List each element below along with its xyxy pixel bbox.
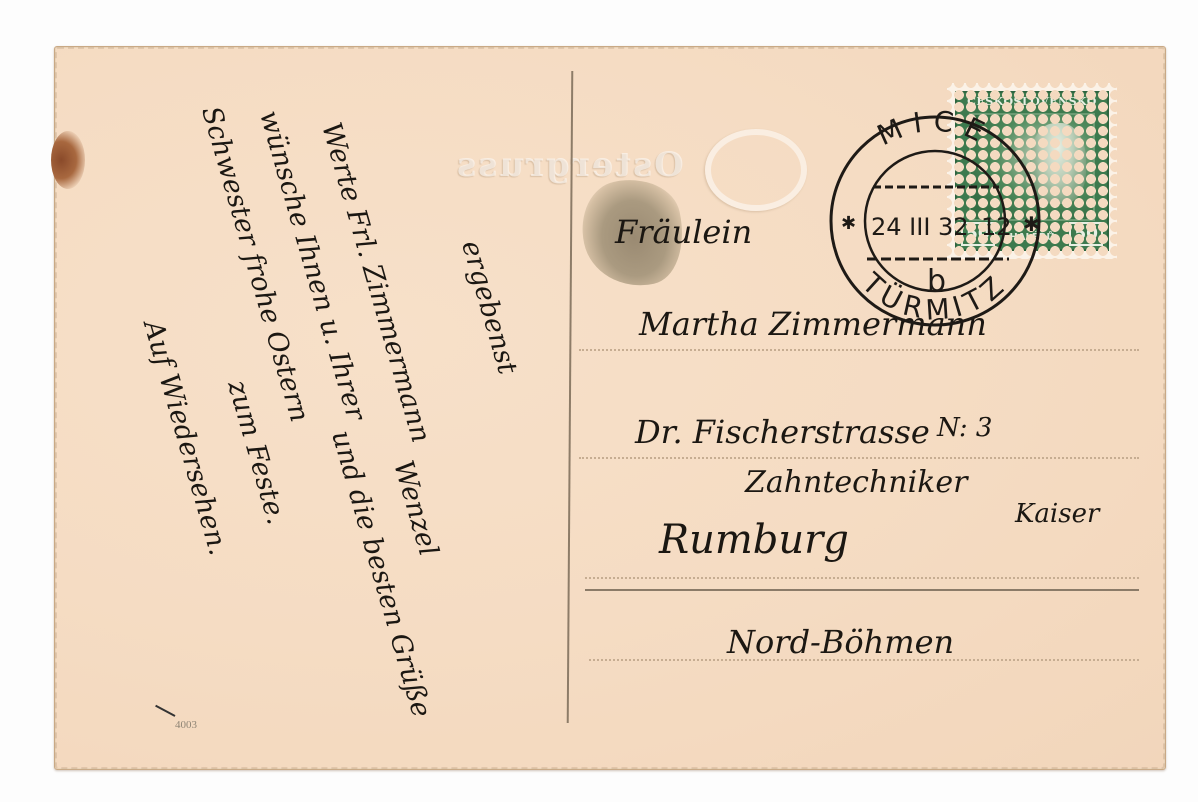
embossed-ornament bbox=[705, 129, 807, 211]
address-line-3 bbox=[585, 577, 1139, 579]
address-city: Rumburg bbox=[659, 517, 849, 563]
address-line-1 bbox=[579, 349, 1139, 351]
svg-text:✱: ✱ bbox=[841, 213, 856, 234]
address-rule bbox=[585, 589, 1139, 591]
stamp-value-right: 50 bbox=[1069, 222, 1103, 246]
address-street: Dr. Fischerstrasse bbox=[635, 413, 930, 451]
message-closing: ergebenst bbox=[455, 237, 523, 378]
postmark-town-top: MICE bbox=[872, 104, 998, 152]
postmark-date: 24 III 32 bbox=[871, 213, 969, 241]
stamp-country: ČESKOSLOVENSKO bbox=[957, 95, 1107, 108]
svg-text:✱: ✱ bbox=[1023, 212, 1040, 236]
message-line: Auf Wiedersehen. bbox=[137, 317, 234, 559]
postmark-letter: b bbox=[927, 264, 946, 299]
message-signature: Wenzel bbox=[387, 457, 444, 560]
address-salutation: Fräulein bbox=[615, 213, 752, 251]
postmark-hour: 12 bbox=[981, 213, 1012, 241]
postmark: MICE TÜRMITZ 24 III 32 12 b ✱ ✱ bbox=[823, 109, 1047, 333]
postcard: Ostergruss Werte Frl. Zimmermann wünsche… bbox=[54, 46, 1166, 770]
address-region: Nord-Böhmen bbox=[727, 623, 954, 661]
printer-number: 4003 bbox=[175, 719, 197, 731]
address-business: Zahntechniker bbox=[745, 465, 968, 500]
svg-text:MICE: MICE bbox=[872, 104, 998, 152]
edge-stain bbox=[51, 131, 85, 189]
address-business-2: Kaiser bbox=[1015, 499, 1099, 529]
address-line-2 bbox=[579, 457, 1139, 459]
address-house-number: N: 3 bbox=[937, 413, 992, 443]
